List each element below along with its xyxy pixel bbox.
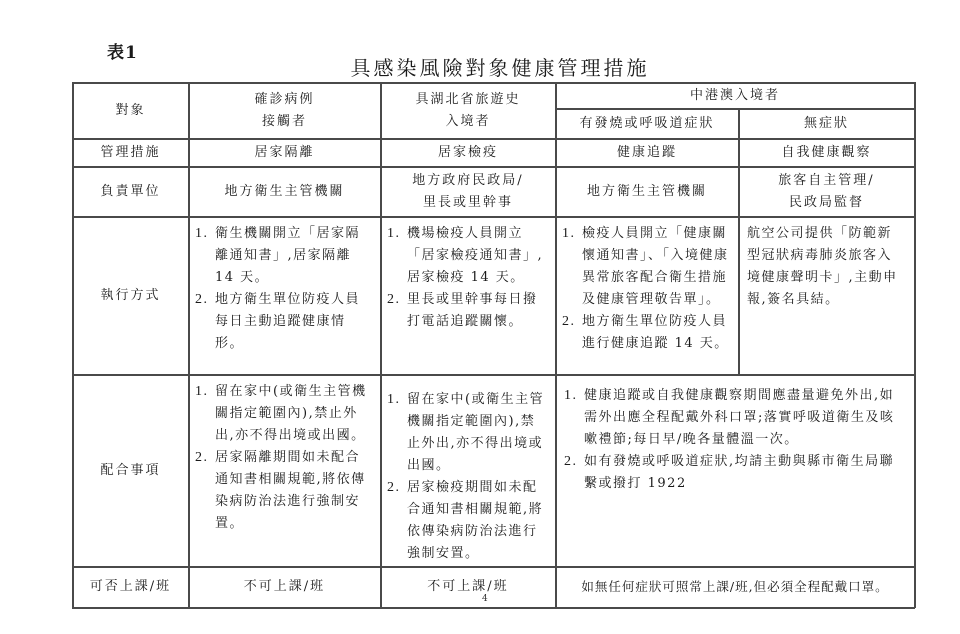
cooperation-row-label: 配合事項 <box>73 375 188 566</box>
cooperation-col1: 1.留在家中(或衛生主管機關指定範圍內),禁止外出,亦不得出境或出國。 2.居家… <box>189 375 380 566</box>
header-confirmed-contacts: 確診病例 接觸者 <box>189 83 380 138</box>
execution-col1: 1.衛生機關開立「居家隔離通知書」,居家隔離 14 天。 2.地方衛生單位防疫人… <box>189 217 380 374</box>
list-item: 2.地方衛生單位防疫人員進行健康追蹤 14 天。 <box>562 311 732 355</box>
execution-col4: 航空公司提供「防範新型冠狀病毒肺炎旅客入境健康聲明卡」,主動申報,簽名具結。 <box>739 217 914 374</box>
header-row-label: 對象 <box>73 83 188 138</box>
list-item: 2.居家隔離期間如未配合通知書相關規範,將依傳染病防治法進行強制安置。 <box>195 447 374 535</box>
attendance-col34: 如無任何症狀可照常上課/班,但必須全程配戴口罩。 <box>556 567 914 607</box>
list-item: 1.健康追蹤或自我健康觀察期間應盡量避免外出,如需外出應全程配戴外科口罩;落實呼… <box>564 385 906 451</box>
list-item: 2.居家檢疫期間如未配合通知書相關規範,將依傳染病防治法進行強制安置。 <box>387 477 549 565</box>
execution-col3: 1.檢疫人員開立「健康關懷通知書」、「入境健康異常旅客配合衛生措施及健康管理敬告… <box>556 217 738 374</box>
table-border-bottom <box>72 607 915 609</box>
cooperation-col2-list: 1.留在家中(或衛生主管機關指定範圍內),禁止外出,亦不得出境或出國。 2.居家… <box>387 389 549 565</box>
responsible-col1: 地方衛生主管機關 <box>189 167 380 216</box>
execution-col1-list: 1.衛生機關開立「居家隔離通知書」,居家隔離 14 天。 2.地方衛生單位防疫人… <box>195 223 374 355</box>
cooperation-col34-list: 1.健康追蹤或自我健康觀察期間應盡量避免外出,如需外出應全程配戴外科口罩;落實呼… <box>564 385 906 495</box>
header-hubei-travelers: 具湖北省旅遊史 入境者 <box>381 83 555 138</box>
attendance-row-label: 可否上課/班 <box>73 567 188 607</box>
list-item: 2.如有發燒或呼吸道症狀,均請主動與縣市衛生局聯繫或撥打 1922 <box>564 451 906 495</box>
cooperation-col1-list: 1.留在家中(或衛生主管機關指定範圍內),禁止外出,亦不得出境或出國。 2.居家… <box>195 381 374 535</box>
table-border-right <box>914 82 916 608</box>
responsible-col4: 旅客自主管理/ 民政局監督 <box>739 167 914 216</box>
list-item: 1.檢疫人員開立「健康關懷通知書」、「入境健康異常旅客配合衛生措施及健康管理敬告… <box>562 223 732 311</box>
measures-home-isolation: 居家隔離 <box>189 139 380 166</box>
list-item: 2.里長或里幹事每日撥打電話追蹤關懷。 <box>387 289 549 333</box>
execution-row-label: 執行方式 <box>73 217 188 374</box>
execution-col2-list: 1.機場檢疫人員開立「居家檢疫通知書」,居家檢疫 14 天。 2.里長或里幹事每… <box>387 223 549 333</box>
list-item: 1.留在家中(或衛生主管機關指定範圍內),禁止外出,亦不得出境或出國。 <box>387 389 549 477</box>
responsible-col3: 地方衛生主管機關 <box>556 167 738 216</box>
health-management-table: 對象 確診病例 接觸者 具湖北省旅遊史 入境者 中港澳入境者 有發燒或呼吸道症狀… <box>0 0 960 634</box>
header-symptomatic: 有發燒或呼吸道症狀 <box>556 109 738 138</box>
measures-health-tracking: 健康追蹤 <box>556 139 738 166</box>
cooperation-col2: 1.留在家中(或衛生主管機關指定範圍內),禁止外出,亦不得出境或出國。 2.居家… <box>381 375 555 566</box>
page-number: 4 <box>482 594 488 604</box>
measures-row-label: 管理措施 <box>73 139 188 166</box>
cooperation-col34: 1.健康追蹤或自我健康觀察期間應盡量避免外出,如需外出應全程配戴外科口罩;落實呼… <box>556 375 914 566</box>
list-item: 1.機場檢疫人員開立「居家檢疫通知書」,居家檢疫 14 天。 <box>387 223 549 289</box>
responsible-col2: 地方政府民政局/ 里長或里幹事 <box>381 167 555 216</box>
attendance-col1: 不可上課/班 <box>189 567 380 607</box>
list-item: 1.留在家中(或衛生主管機關指定範圍內),禁止外出,亦不得出境或出國。 <box>195 381 374 447</box>
attendance-col2: 不可上課/班 <box>381 567 555 607</box>
list-item: 1.衛生機關開立「居家隔離通知書」,居家隔離 14 天。 <box>195 223 374 289</box>
header-group-china-hk-macau: 中港澳入境者 <box>556 83 914 108</box>
list-item: 2.地方衛生單位防疫人員每日主動追蹤健康情形。 <box>195 289 374 355</box>
responsible-row-label: 負責單位 <box>73 167 188 216</box>
measures-home-quarantine: 居家檢疫 <box>381 139 555 166</box>
execution-col3-list: 1.檢疫人員開立「健康關懷通知書」、「入境健康異常旅客配合衛生措施及健康管理敬告… <box>562 223 732 355</box>
header-asymptomatic: 無症狀 <box>739 109 914 138</box>
measures-self-monitoring: 自我健康觀察 <box>739 139 914 166</box>
execution-col2: 1.機場檢疫人員開立「居家檢疫通知書」,居家檢疫 14 天。 2.里長或里幹事每… <box>381 217 555 374</box>
